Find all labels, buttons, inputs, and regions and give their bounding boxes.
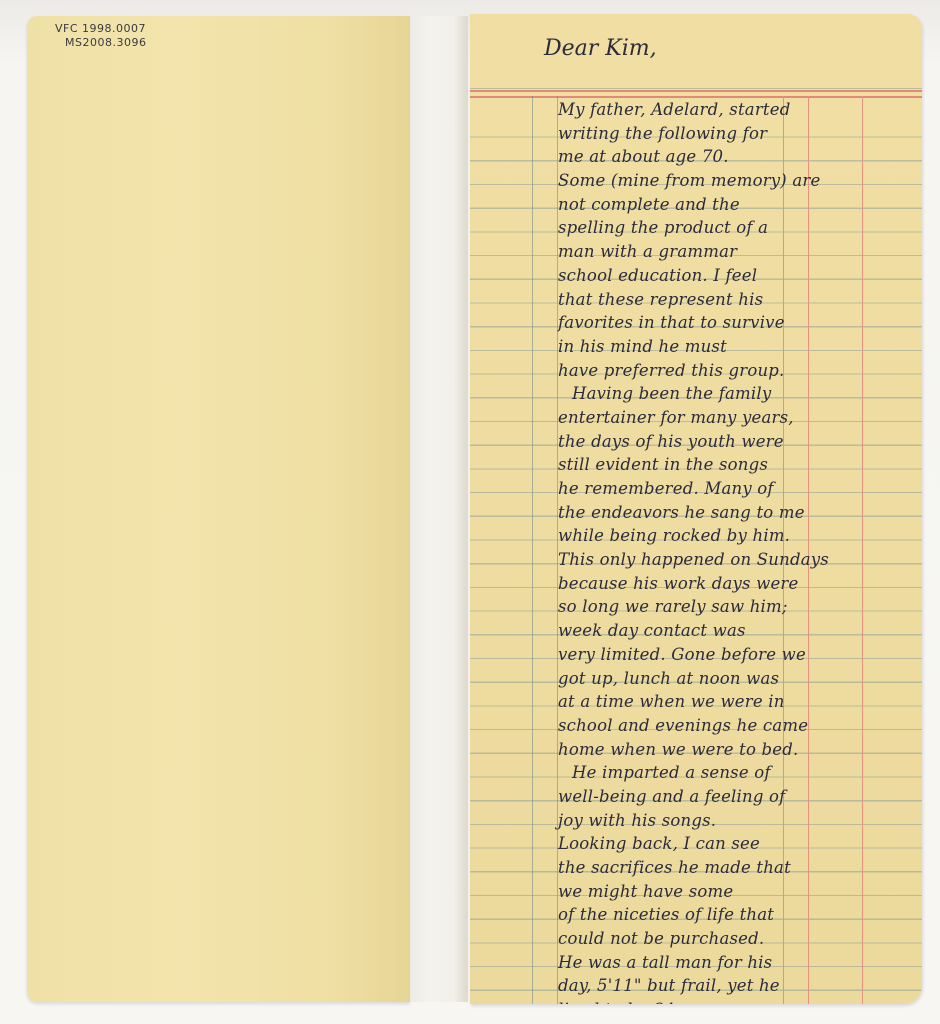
- letter-line: spelling the product of a: [558, 216, 908, 240]
- lined-letter-page: Dear Kim, My father, Adelard, startedwri…: [470, 14, 922, 1004]
- letter-line: still evident in the songs: [558, 453, 908, 477]
- catalog-number-vfc: VFC 1998.0007: [55, 22, 146, 36]
- margin-line: [532, 96, 533, 1004]
- letter-line: could not be purchased.: [558, 927, 908, 951]
- catalog-label: VFC 1998.0007 MS2008.3096: [55, 22, 146, 50]
- letter-line: while being rocked by him.: [558, 524, 908, 548]
- letter-line: Looking back, I can see: [558, 832, 908, 856]
- letter-line: because his work days were: [558, 572, 908, 596]
- letter-line: lived to be 84.: [558, 998, 908, 1004]
- letter-line: of the niceties of life that: [558, 903, 908, 927]
- letter-line: that these represent his: [558, 288, 908, 312]
- letter-line: not complete and the: [558, 193, 908, 217]
- letter-body: My father, Adelard, startedwriting the f…: [558, 98, 908, 1004]
- letter-line: Some (mine from memory) are: [558, 169, 908, 193]
- letter-salutation: Dear Kim,: [544, 36, 657, 61]
- letter-line: My father, Adelard, started: [558, 98, 908, 122]
- letter-line: entertainer for many years,: [558, 406, 908, 430]
- letter-line: the endeavors he sang to me: [558, 501, 908, 525]
- letter-line: very limited. Gone before we: [558, 643, 908, 667]
- catalog-number-ms: MS2008.3096: [55, 36, 146, 50]
- letter-line: me at about age 70.: [558, 145, 908, 169]
- letter-line: the days of his youth were: [558, 430, 908, 454]
- letter-line: school education. I feel: [558, 264, 908, 288]
- letter-line: school and evenings he came: [558, 714, 908, 738]
- letter-line: favorites in that to survive: [558, 311, 908, 335]
- left-cover-page: VFC 1998.0007 MS2008.3096: [27, 16, 410, 1002]
- letter-line: the sacrifices he made that: [558, 856, 908, 880]
- letter-line: man with a grammar: [558, 240, 908, 264]
- letter-line: This only happened on Sundays: [558, 548, 908, 572]
- letter-line: He was a tall man for his: [558, 951, 908, 975]
- letter-line: he remembered. Many of: [558, 477, 908, 501]
- letter-line: Having been the family: [558, 382, 908, 406]
- letter-line: in his mind he must: [558, 335, 908, 359]
- letter-line: week day contact was: [558, 619, 908, 643]
- header-rule: [470, 64, 922, 89]
- letter-line: we might have some: [558, 880, 908, 904]
- letter-line: at a time when we were in: [558, 690, 908, 714]
- letter-line: day, 5'11" but frail, yet he: [558, 974, 908, 998]
- letter-line: got up, lunch at noon was: [558, 667, 908, 691]
- letter-line: writing the following for: [558, 122, 908, 146]
- letter-line: have preferred this group.: [558, 359, 908, 383]
- red-header-rule: [470, 90, 922, 92]
- notebook-binding: [410, 16, 468, 1002]
- letter-line: home when we were to bed.: [558, 738, 908, 762]
- letter-line: so long we rarely saw him;: [558, 595, 908, 619]
- letter-line: well-being and a feeling of: [558, 785, 908, 809]
- letter-line: He imparted a sense of: [558, 761, 908, 785]
- letter-line: joy with his songs.: [558, 809, 908, 833]
